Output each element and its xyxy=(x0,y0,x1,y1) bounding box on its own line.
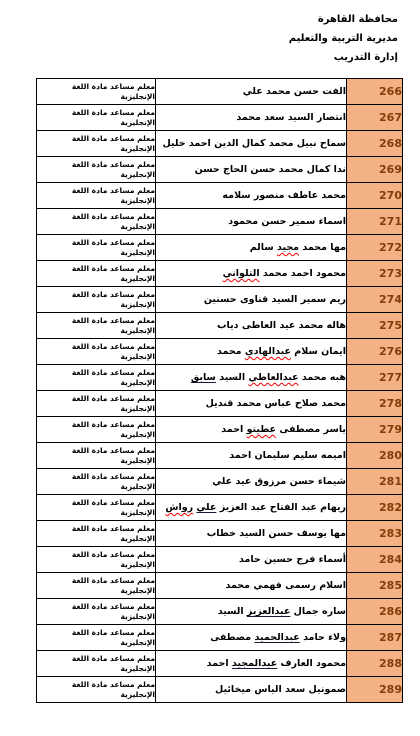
job-title-line: الإنجليزية xyxy=(37,534,155,544)
job-title-line: الإنجليزية xyxy=(37,92,155,102)
table-row: 271اسماء سمير حسن محمودمعلم مساعد مادة ا… xyxy=(37,209,403,235)
teacher-name: الفت حسن محمد علي xyxy=(156,79,347,105)
job-title: معلم مساعد مادة اللغةالإنجليزية xyxy=(37,131,156,157)
teacher-name: اسلام رسمى فهمي محمد xyxy=(156,573,347,599)
name-segment: اميمه سليم سليمان احمد xyxy=(229,450,346,461)
teacher-name: ايمان سلام عبدالهادي محمد xyxy=(156,339,347,365)
row-number: 287 xyxy=(347,625,403,651)
name-segment: محمود احمد محمد xyxy=(260,268,346,279)
row-number: 285 xyxy=(347,573,403,599)
job-title-line: معلم مساعد مادة اللغة xyxy=(37,82,155,92)
name-segment: محمد صلاح عباس محمد قنديل xyxy=(206,398,346,409)
name-segment: ندا كمال محمد حسن الحاج حسن xyxy=(195,164,346,175)
table-row: 273محمود احمد محمد التلوانيمعلم مساعد ما… xyxy=(37,261,403,287)
job-title-line: الإنجليزية xyxy=(37,664,155,674)
name-segment-underline: عبدالعزيز xyxy=(247,606,290,617)
roster-table-body: 266الفت حسن محمد عليمعلم مساعد مادة اللغ… xyxy=(37,79,403,703)
teacher-name: انتصار السيد سعد محمد xyxy=(156,105,347,131)
job-title-line: الإنجليزية xyxy=(37,508,155,518)
name-segment-spell: عبدالعاطي xyxy=(248,372,298,383)
table-row: 283مها يوسف حسن السيد خطابمعلم مساعد ماد… xyxy=(37,521,403,547)
row-number: 289 xyxy=(347,677,403,703)
job-title-line: معلم مساعد مادة اللغة xyxy=(37,420,155,430)
job-title-line: الإنجليزية xyxy=(37,430,155,440)
row-number: 276 xyxy=(347,339,403,365)
name-segment: احمد xyxy=(207,658,232,669)
row-number: 266 xyxy=(347,79,403,105)
teacher-name: ريهام عبد الفتاح عبد العزيز علي رواش xyxy=(156,495,347,521)
job-title: معلم مساعد مادة اللغةالإنجليزية xyxy=(37,547,156,573)
job-title: معلم مساعد مادة اللغةالإنجليزية xyxy=(37,521,156,547)
job-title: معلم مساعد مادة اللغةالإنجليزية xyxy=(37,235,156,261)
job-title: معلم مساعد مادة اللغةالإنجليزية xyxy=(37,469,156,495)
job-title-line: الإنجليزية xyxy=(37,586,155,596)
table-row: 277هبه محمد عبدالعاطي السيد سابقمعلم مسا… xyxy=(37,365,403,391)
job-title-line: الإنجليزية xyxy=(37,222,155,232)
teacher-name: سماح نبيل محمد كمال الدين احمد خليل xyxy=(156,131,347,157)
name-segment-spell: عطيتو xyxy=(247,424,276,435)
teacher-name: صمونيل سعد الياس ميخائيل xyxy=(156,677,347,703)
name-segment: مها محمد xyxy=(299,242,346,253)
name-segment-spell: التلواني xyxy=(223,268,260,279)
job-title-line: الإنجليزية xyxy=(37,248,155,258)
table-row: 276ايمان سلام عبدالهادي محمدمعلم مساعد م… xyxy=(37,339,403,365)
table-row: 278محمد صلاح عباس محمد قنديلمعلم مساعد م… xyxy=(37,391,403,417)
job-title-line: الإنجليزية xyxy=(37,690,155,700)
name-segment: الفت حسن محمد علي xyxy=(243,86,346,97)
row-number: 272 xyxy=(347,235,403,261)
table-row: 268سماح نبيل محمد كمال الدين احمد خليلمع… xyxy=(37,131,403,157)
teacher-name: مها يوسف حسن السيد خطاب xyxy=(156,521,347,547)
name-segment-spell: عبدالهادي xyxy=(245,346,291,357)
table-row: 279ياسر مصطفى عطيتو احمدمعلم مساعد مادة … xyxy=(37,417,403,443)
name-segment: اسلام رسمى فهمي محمد xyxy=(225,580,346,591)
job-title-line: الإنجليزية xyxy=(37,300,155,310)
name-segment: محمد xyxy=(217,346,245,357)
job-title-line: الإنجليزية xyxy=(37,638,155,648)
job-title-line: الإنجليزية xyxy=(37,612,155,622)
name-segment-underline: علي xyxy=(196,502,216,513)
job-title: معلم مساعد مادة اللغةالإنجليزية xyxy=(37,651,156,677)
name-segment: السيد xyxy=(218,606,247,617)
job-title-line: معلم مساعد مادة اللغة xyxy=(37,472,155,482)
header-governorate: محافظة القاهرة xyxy=(289,10,398,29)
teacher-name: اميمه سليم سليمان احمد xyxy=(156,443,347,469)
name-segment: ريهام عبد الفتاح عبد العزيز xyxy=(216,502,346,513)
document-header: محافظة القاهرة مديرية التربية والتعليم إ… xyxy=(289,10,398,67)
row-number: 278 xyxy=(347,391,403,417)
teacher-name: ريم سمير السيد قناوى حسنين xyxy=(156,287,347,313)
teacher-name: محمد صلاح عباس محمد قنديل xyxy=(156,391,347,417)
job-title-line: الإنجليزية xyxy=(37,378,155,388)
job-title-line: معلم مساعد مادة اللغة xyxy=(37,316,155,326)
name-segment: مها يوسف حسن السيد خطاب xyxy=(207,528,346,539)
row-number: 279 xyxy=(347,417,403,443)
job-title-line: الإنجليزية xyxy=(37,456,155,466)
job-title-line: الإنجليزية xyxy=(37,274,155,284)
job-title-line: معلم مساعد مادة اللغة xyxy=(37,342,155,352)
table-row: 270محمد عاطف منصور سلامهمعلم مساعد مادة … xyxy=(37,183,403,209)
job-title: معلم مساعد مادة اللغةالإنجليزية xyxy=(37,157,156,183)
job-title-line: معلم مساعد مادة اللغة xyxy=(37,134,155,144)
job-title: معلم مساعد مادة اللغةالإنجليزية xyxy=(37,495,156,521)
name-segment: ولاء حامد xyxy=(300,632,346,643)
name-segment: محمد عاطف منصور سلامه xyxy=(222,190,346,201)
job-title-line: معلم مساعد مادة اللغة xyxy=(37,654,155,664)
document-page: { "header": { "line1": "محافظة القاهرة",… xyxy=(0,0,420,736)
table-row: 288محمود العارف عبدالمجيد احمدمعلم مساعد… xyxy=(37,651,403,677)
job-title: معلم مساعد مادة اللغةالإنجليزية xyxy=(37,183,156,209)
teacher-name: محمد عاطف منصور سلامه xyxy=(156,183,347,209)
table-row: 267انتصار السيد سعد محمدمعلم مساعد مادة … xyxy=(37,105,403,131)
table-row: 286ساره جمال عبدالعزيز السيدمعلم مساعد م… xyxy=(37,599,403,625)
row-number: 288 xyxy=(347,651,403,677)
table-row: 289صمونيل سعد الياس ميخائيلمعلم مساعد ما… xyxy=(37,677,403,703)
job-title-line: معلم مساعد مادة اللغة xyxy=(37,628,155,638)
row-number: 268 xyxy=(347,131,403,157)
row-number: 269 xyxy=(347,157,403,183)
job-title: معلم مساعد مادة اللغةالإنجليزية xyxy=(37,105,156,131)
table-row: 282ريهام عبد الفتاح عبد العزيز علي رواشم… xyxy=(37,495,403,521)
table-row: 274ريم سمير السيد قناوى حسنينمعلم مساعد … xyxy=(37,287,403,313)
job-title: معلم مساعد مادة اللغةالإنجليزية xyxy=(37,79,156,105)
job-title: معلم مساعد مادة اللغةالإنجليزية xyxy=(37,417,156,443)
row-number: 267 xyxy=(347,105,403,131)
row-number: 274 xyxy=(347,287,403,313)
row-number: 270 xyxy=(347,183,403,209)
header-administration: إدارة التدريب xyxy=(289,48,398,67)
teacher-name: ساره جمال عبدالعزيز السيد xyxy=(156,599,347,625)
header-directorate: مديرية التربية والتعليم xyxy=(289,29,398,48)
name-segment: صمونيل سعد الياس ميخائيل xyxy=(215,684,346,695)
name-segment: السيد xyxy=(216,372,248,383)
row-number: 283 xyxy=(347,521,403,547)
table-row: 287ولاء حامد عبدالحميد مصطفىمعلم مساعد م… xyxy=(37,625,403,651)
name-segment-underline: سابق xyxy=(191,372,216,383)
job-title-line: معلم مساعد مادة اللغة xyxy=(37,524,155,534)
job-title: معلم مساعد مادة اللغةالإنجليزية xyxy=(37,365,156,391)
job-title-line: الإنجليزية xyxy=(37,196,155,206)
job-title-line: معلم مساعد مادة اللغة xyxy=(37,264,155,274)
job-title: معلم مساعد مادة اللغةالإنجليزية xyxy=(37,209,156,235)
name-segment: سالم xyxy=(250,242,277,253)
job-title-line: معلم مساعد مادة اللغة xyxy=(37,212,155,222)
job-title: معلم مساعد مادة اللغةالإنجليزية xyxy=(37,287,156,313)
job-title-line: معلم مساعد مادة اللغة xyxy=(37,290,155,300)
teacher-name: أسماء فرج حسين حامد xyxy=(156,547,347,573)
teacher-name: ياسر مصطفى عطيتو احمد xyxy=(156,417,347,443)
job-title-line: معلم مساعد مادة اللغة xyxy=(37,108,155,118)
job-title-line: الإنجليزية xyxy=(37,144,155,154)
name-segment: ايمان سلام xyxy=(291,346,346,357)
teacher-name: اسماء سمير حسن محمود xyxy=(156,209,347,235)
row-number: 281 xyxy=(347,469,403,495)
row-number: 277 xyxy=(347,365,403,391)
job-title: معلم مساعد مادة اللغةالإنجليزية xyxy=(37,573,156,599)
job-title-line: معلم مساعد مادة اللغة xyxy=(37,446,155,456)
table-row: 280اميمه سليم سليمان احمدمعلم مساعد مادة… xyxy=(37,443,403,469)
job-title-line: الإنجليزية xyxy=(37,560,155,570)
job-title-line: معلم مساعد مادة اللغة xyxy=(37,550,155,560)
teacher-name: هبه محمد عبدالعاطي السيد سابق xyxy=(156,365,347,391)
job-title-line: الإنجليزية xyxy=(37,482,155,492)
teacher-name: مها محمد مجيد سالم xyxy=(156,235,347,261)
row-number: 286 xyxy=(347,599,403,625)
row-number: 273 xyxy=(347,261,403,287)
job-title: معلم مساعد مادة اللغةالإنجليزية xyxy=(37,261,156,287)
job-title-line: معلم مساعد مادة اللغة xyxy=(37,576,155,586)
job-title: معلم مساعد مادة اللغةالإنجليزية xyxy=(37,313,156,339)
job-title-line: معلم مساعد مادة اللغة xyxy=(37,368,155,378)
name-segment: احمد xyxy=(221,424,246,435)
job-title-line: معلم مساعد مادة اللغة xyxy=(37,602,155,612)
job-title: معلم مساعد مادة اللغةالإنجليزية xyxy=(37,677,156,703)
job-title: معلم مساعد مادة اللغةالإنجليزية xyxy=(37,443,156,469)
table-row: 284أسماء فرج حسين حامدمعلم مساعد مادة ال… xyxy=(37,547,403,573)
row-number: 284 xyxy=(347,547,403,573)
job-title-line: الإنجليزية xyxy=(37,352,155,362)
teacher-roster-table: 266الفت حسن محمد عليمعلم مساعد مادة اللغ… xyxy=(36,78,403,703)
table-row: 269ندا كمال محمد حسن الحاج حسنمعلم مساعد… xyxy=(37,157,403,183)
name-segment: شيماء حسن مرزوق عيد علي xyxy=(212,476,346,487)
name-segment-underline: عبدالمجيد xyxy=(232,658,277,669)
job-title-line: معلم مساعد مادة اللغة xyxy=(37,498,155,508)
table-row: 272مها محمد مجيد سالممعلم مساعد مادة الل… xyxy=(37,235,403,261)
row-number: 271 xyxy=(347,209,403,235)
job-title-line: الإنجليزية xyxy=(37,118,155,128)
name-segment: هاله محمد عيد العاطى دياب xyxy=(217,320,346,331)
table-row: 281شيماء حسن مرزوق عيد عليمعلم مساعد ماد… xyxy=(37,469,403,495)
name-segment: ساره جمال xyxy=(290,606,346,617)
table-row: 266الفت حسن محمد عليمعلم مساعد مادة اللغ… xyxy=(37,79,403,105)
name-segment-spell: رواش xyxy=(165,502,193,513)
job-title-line: معلم مساعد مادة اللغة xyxy=(37,394,155,404)
name-segment: ياسر مصطفى xyxy=(276,424,346,435)
name-segment: ريم سمير السيد قناوى حسنين xyxy=(204,294,346,305)
name-segment: هبه محمد xyxy=(299,372,346,383)
job-title-line: معلم مساعد مادة اللغة xyxy=(37,160,155,170)
teacher-name: هاله محمد عيد العاطى دياب xyxy=(156,313,347,339)
job-title: معلم مساعد مادة اللغةالإنجليزية xyxy=(37,391,156,417)
job-title-line: الإنجليزية xyxy=(37,170,155,180)
name-segment: سماح نبيل محمد كمال الدين احمد خليل xyxy=(162,138,346,149)
name-segment: اسماء سمير حسن محمود xyxy=(228,216,346,227)
name-segment-spell: مجيد xyxy=(277,242,299,253)
teacher-name: ولاء حامد عبدالحميد مصطفى xyxy=(156,625,347,651)
table-row: 275هاله محمد عيد العاطى ديابمعلم مساعد م… xyxy=(37,313,403,339)
job-title-line: معلم مساعد مادة اللغة xyxy=(37,680,155,690)
name-segment: محمود العارف xyxy=(277,658,346,669)
job-title: معلم مساعد مادة اللغةالإنجليزية xyxy=(37,625,156,651)
name-segment-underline: عبدالحميد xyxy=(255,632,300,643)
row-number: 280 xyxy=(347,443,403,469)
name-segment: مصطفى xyxy=(210,632,254,643)
name-segment: أسماء فرج حسين حامد xyxy=(239,554,346,565)
job-title-line: الإنجليزية xyxy=(37,326,155,336)
job-title: معلم مساعد مادة اللغةالإنجليزية xyxy=(37,599,156,625)
job-title-line: معلم مساعد مادة اللغة xyxy=(37,186,155,196)
job-title-line: الإنجليزية xyxy=(37,404,155,414)
job-title: معلم مساعد مادة اللغةالإنجليزية xyxy=(37,339,156,365)
teacher-name: شيماء حسن مرزوق عيد علي xyxy=(156,469,347,495)
teacher-name: محمود احمد محمد التلواني xyxy=(156,261,347,287)
teacher-name: محمود العارف عبدالمجيد احمد xyxy=(156,651,347,677)
row-number: 282 xyxy=(347,495,403,521)
teacher-name: ندا كمال محمد حسن الحاج حسن xyxy=(156,157,347,183)
job-title-line: معلم مساعد مادة اللغة xyxy=(37,238,155,248)
table-row: 285اسلام رسمى فهمي محمدمعلم مساعد مادة ا… xyxy=(37,573,403,599)
row-number: 275 xyxy=(347,313,403,339)
name-segment: انتصار السيد سعد محمد xyxy=(236,112,346,123)
